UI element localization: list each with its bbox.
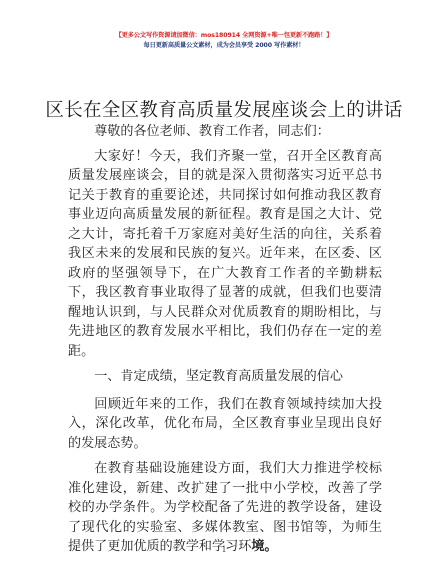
document-title: 区长在全区教育高质量发展座谈会上的讲话 [0, 96, 448, 122]
opening-paragraph: 大家好！今天，我们齐聚一堂，召开全区教育高质量发展座谈会，目的就是深入贯彻落实习… [68, 147, 382, 362]
document-body: 尊敬的各位老师、教育工作者，同志们： 大家好！今天，我们齐聚一堂，召开全区教育高… [68, 122, 382, 563]
promo-banner-line-1: 【更多公文写作资源请加微信：mos180914 全网资源+唯一包更新不跑路！】 [0, 30, 448, 39]
promo-banner-line-2: 每日更新高质量公文素材，成为会员享受 2000 写作素材！ [0, 40, 448, 49]
salutation-paragraph: 尊敬的各位老师、教育工作者，同志们： [68, 122, 382, 142]
section-heading: 一、肯定成绩，坚定教育高质量发展的信心 [68, 367, 382, 387]
infrastructure-text: 在教育基础设施建设方面，我们大力推进学校标准化建设，新建、改扩建了一批中小学校，… [68, 461, 382, 554]
document-page: 【更多公文写作资源请加微信：mos180914 全网资源+唯一包更新不跑路！】 … [0, 0, 448, 580]
page-number: 1 [0, 545, 448, 554]
infrastructure-paragraph: 在教育基础设施建设方面，我们大力推进学校标准化建设，新建、改扩建了一批中小学校，… [68, 459, 382, 557]
review-paragraph: 回顾近年来的工作，我们在教育领域持续加大投入，深化改革，优化布局，全区教育事业呈… [68, 395, 382, 454]
